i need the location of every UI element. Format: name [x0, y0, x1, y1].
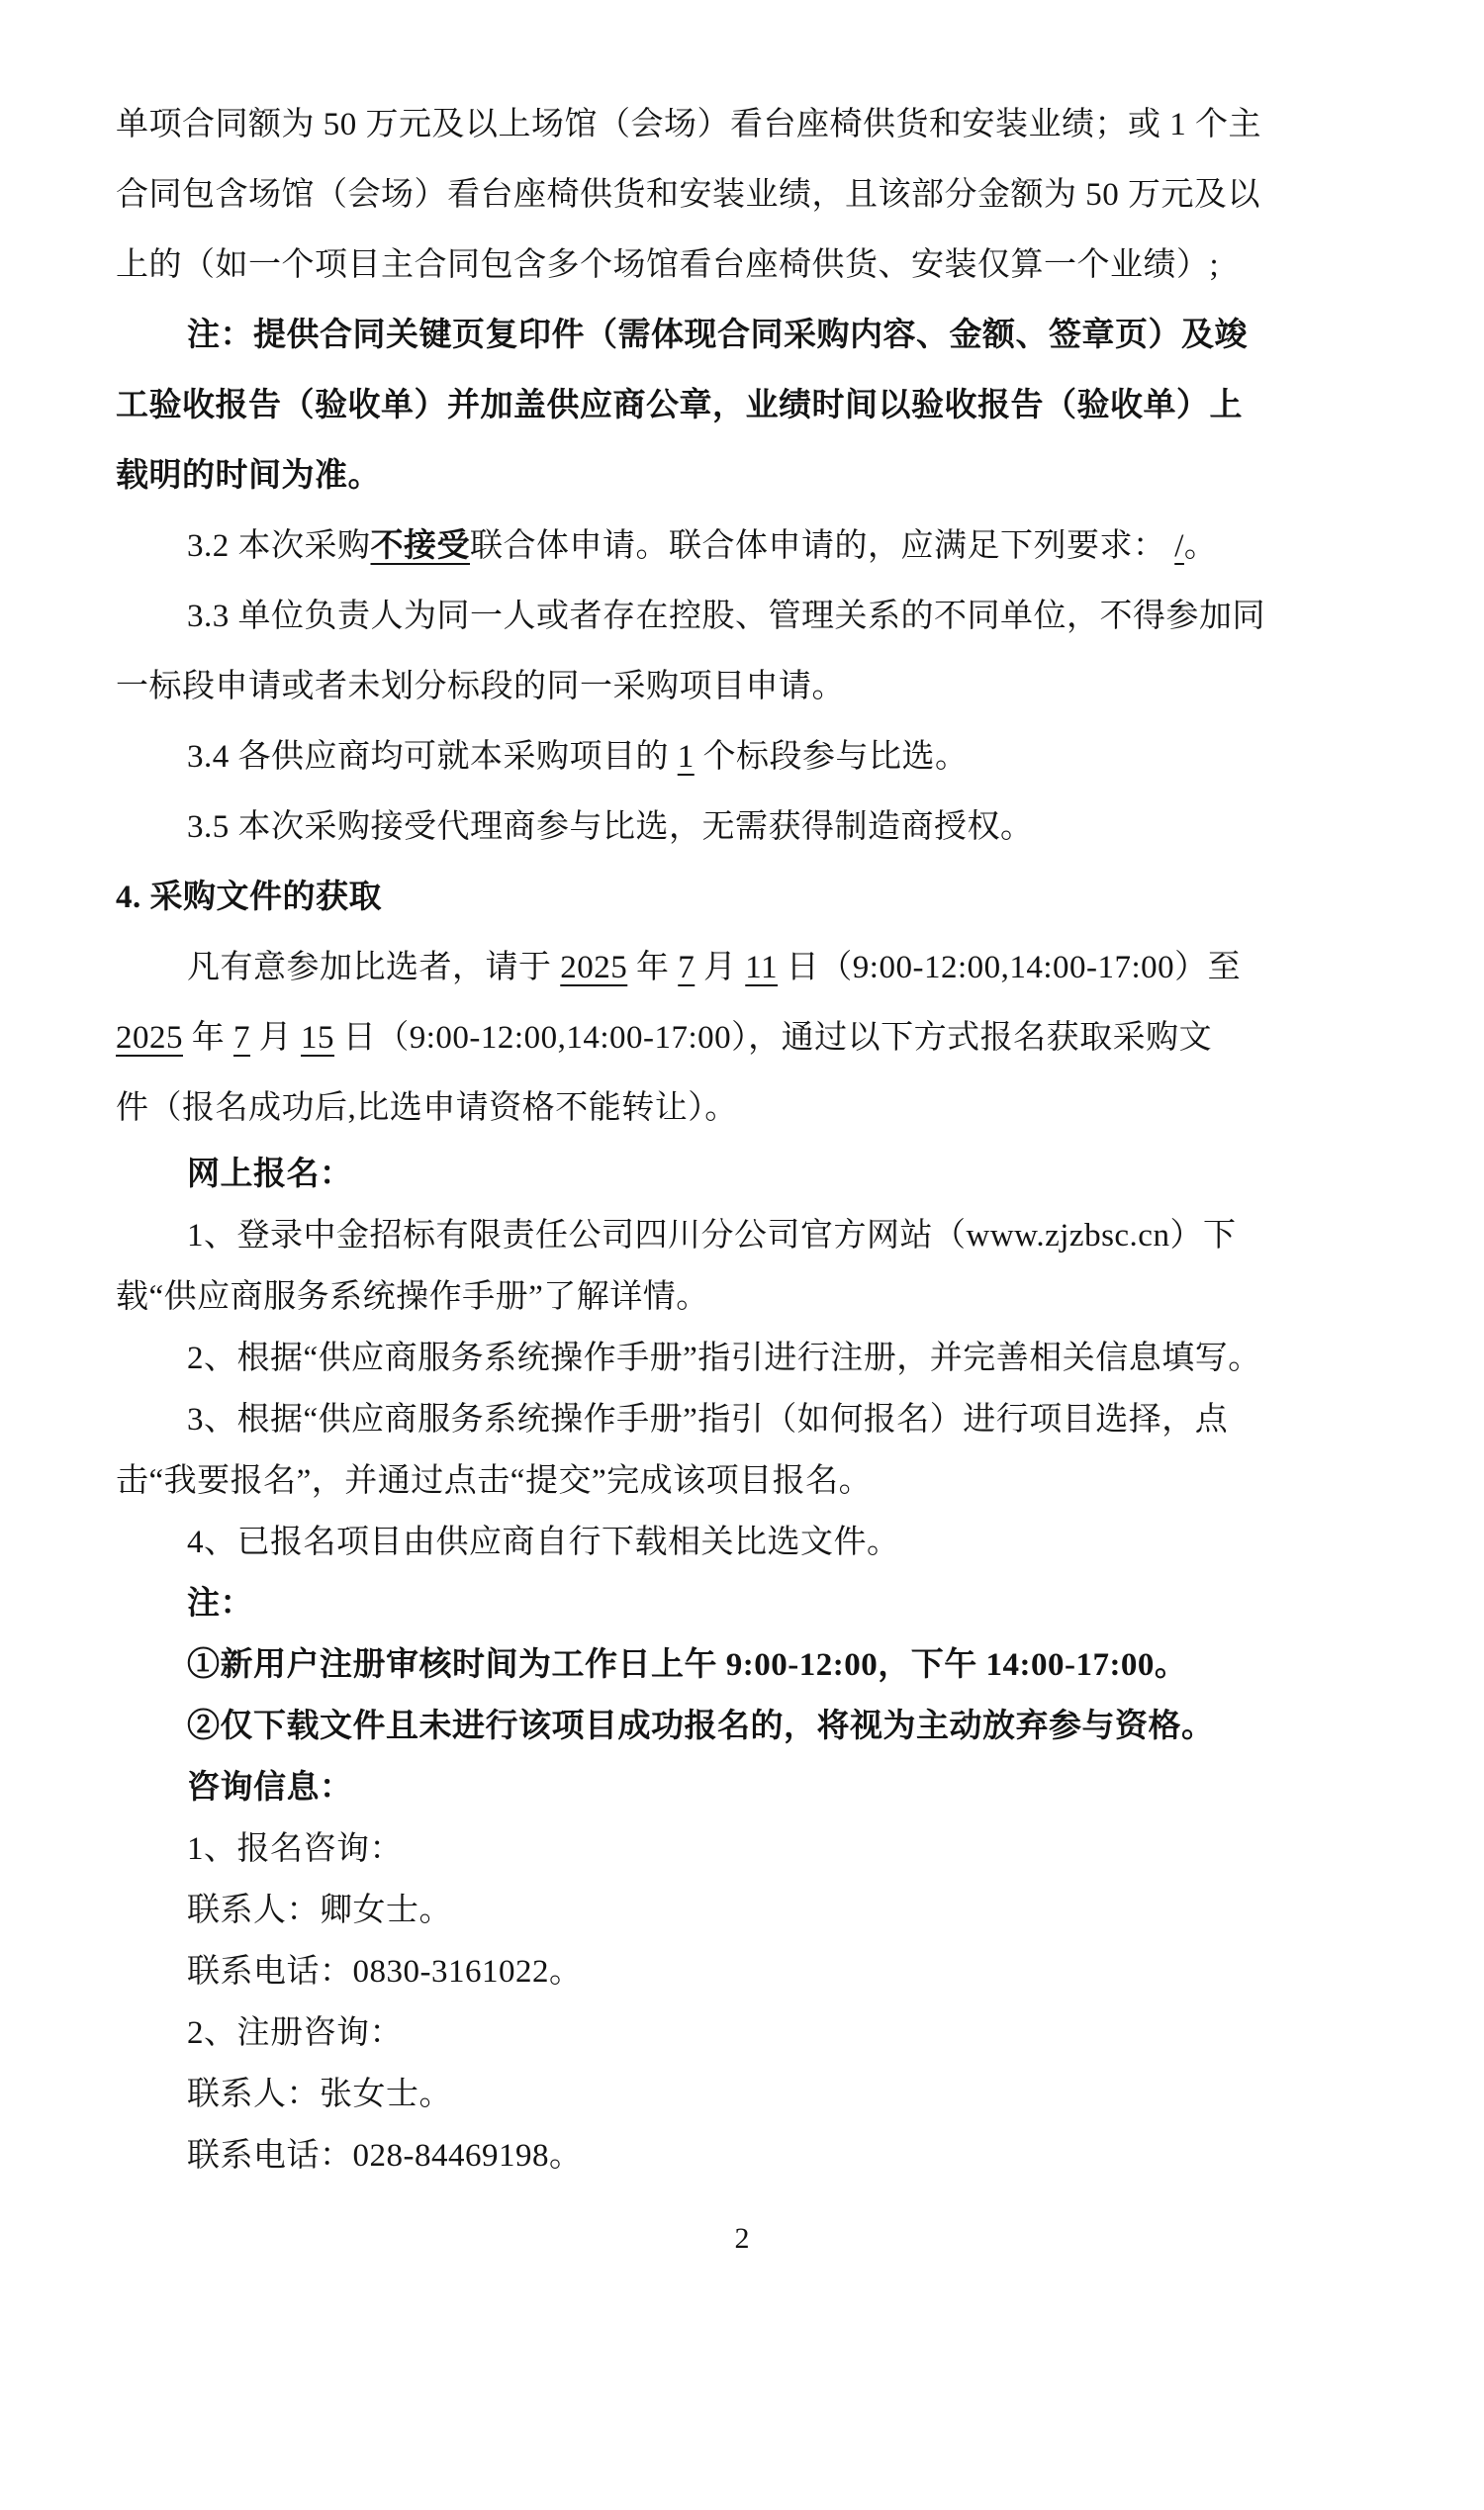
- text-segment: 3.5 本次采购接受代理商参与比选，无需获得制造商授权。: [187, 809, 1034, 845]
- text-segment: 单项合同额为 50 万元及以上场馆（会场）看台座椅供货和安装业绩；或 1 个主: [116, 107, 1261, 142]
- text-segment: 件（报名成功后,比选申请资格不能转让）。: [116, 1090, 738, 1126]
- page-number: 2: [735, 2222, 750, 2255]
- text-line: 网上报名：: [116, 1144, 1449, 1205]
- text-line: 咨询信息：: [116, 1757, 1449, 1818]
- text-line: 2、根据“供应商服务系统操作手册”指引进行注册，并完善相关信息填写。: [116, 1328, 1449, 1389]
- text-line: 注：提供合同关键页复印件（需体现合同采购内容、金额、签章页）及竣: [116, 301, 1449, 371]
- text-segment: 月: [250, 1020, 301, 1056]
- text-segment: 年: [627, 950, 678, 985]
- text-line: 4、已报名项目由供应商自行下载相关比选文件。: [116, 1512, 1449, 1573]
- text-segment: 上的（如一个项目主合同包含多个场馆看台座椅供货、安装仅算一个业绩）;: [116, 247, 1219, 283]
- text-line: 载“供应商服务系统操作手册”了解详情。: [116, 1266, 1449, 1328]
- document-page: { "page": { "number": "2", "background_c…: [0, 0, 1484, 2510]
- text-segment: 3.2 本次采购: [187, 528, 371, 564]
- text-line: 合同包含场馆（会场）看台座椅供货和安装业绩，且该部分金额为 50 万元及以: [116, 160, 1449, 231]
- text-segment: 日（9:00-12:00,14:00-17:00），通过以下方式报名获取采购文: [334, 1020, 1212, 1056]
- text-line: 联系人：张女士。: [116, 2064, 1449, 2125]
- text-segment: 联系电话：028-84469198。: [187, 2138, 583, 2174]
- text-line: 1、登录中金招标有限责任公司四川分公司官方网站（www.zjzbsc.cn）下: [116, 1205, 1449, 1266]
- text-line: 注：: [116, 1573, 1449, 1634]
- text-line: 一标段申请或者未划分标段的同一采购项目申请。: [116, 652, 1449, 722]
- page-footer: 2: [0, 2214, 1484, 2264]
- text-line: 3.3 单位负责人为同一人或者存在控股、管理关系的不同单位，不得参加同: [116, 582, 1449, 652]
- text-segment: 11: [745, 950, 778, 985]
- text-line: 击“我要报名”，并通过点击“提交”完成该项目报名。: [116, 1450, 1449, 1512]
- text-line: 联系人：卿女士。: [116, 1880, 1449, 1941]
- text-line: 联系电话：0830-3161022。: [116, 1941, 1449, 2002]
- text-segment: 一标段申请或者未划分标段的同一采购项目申请。: [116, 669, 845, 704]
- text-segment: 注：提供合同关键页复印件（需体现合同采购内容、金额、签章页）及竣: [187, 318, 1248, 353]
- text-line: ②仅下载文件且未进行该项目成功报名的，将视为主动放弃参与资格。: [116, 1696, 1449, 1757]
- text-segment: 4. 采购文件的获取: [116, 880, 382, 915]
- text-line: 联系电话：028-84469198。: [116, 2125, 1449, 2186]
- text-line: 2025 年 7 月 15 日（9:00-12:00,14:00-17:00），…: [116, 1003, 1449, 1073]
- text-segment: 日（9:00-12:00,14:00-17:00）至: [778, 950, 1241, 985]
- text-segment: 个标段参与比选。: [695, 739, 969, 775]
- text-segment: 网上报名：: [187, 1157, 353, 1192]
- text-line: 载明的时间为准。: [116, 441, 1449, 511]
- text-line: 工验收报告（验收单）并加盖供应商公章，业绩时间以验收报告（验收单）上: [116, 371, 1449, 441]
- text-segment: 联系人：张女士。: [187, 2077, 452, 2112]
- text-segment: 15: [301, 1020, 334, 1056]
- text-segment: /: [1174, 528, 1184, 564]
- text-line: 4. 采购文件的获取: [116, 863, 1449, 933]
- text-segment: 不接受: [371, 528, 471, 564]
- document-body: 单项合同额为 50 万元及以上场馆（会场）看台座椅供货和安装业绩；或 1 个主合…: [0, 0, 1484, 2186]
- text-segment: 3.3 单位负责人为同一人或者存在控股、管理关系的不同单位，不得参加同: [187, 599, 1265, 634]
- text-segment: 7: [678, 950, 695, 985]
- text-line: 3.2 本次采购不接受联合体申请。联合体申请的，应满足下列要求： /。: [116, 511, 1449, 582]
- text-segment: 凡有意参加比选者，请于: [187, 950, 560, 985]
- text-segment: 2、注册咨询：: [187, 2015, 403, 2051]
- text-segment: 联系人：卿女士。: [187, 1893, 452, 1928]
- text-segment: 注：: [187, 1586, 253, 1622]
- text-segment: ②仅下载文件且未进行该项目成功报名的，将视为主动放弃参与资格。: [187, 1709, 1215, 1744]
- text-line: 3.4 各供应商均可就本采购项目的 1 个标段参与比选。: [116, 722, 1449, 792]
- text-segment: 载“供应商服务系统操作手册”了解详情。: [116, 1279, 709, 1315]
- text-segment: 1、登录中金招标有限责任公司四川分公司官方网站（www.zjzbsc.cn）下: [187, 1218, 1236, 1254]
- text-line: 3.5 本次采购接受代理商参与比选，无需获得制造商授权。: [116, 792, 1449, 863]
- text-segment: 1: [678, 739, 695, 775]
- text-line: 2、注册咨询：: [116, 2002, 1449, 2064]
- text-segment: 3、根据“供应商服务系统操作手册”指引（如何报名）进行项目选择，点: [187, 1402, 1228, 1438]
- text-segment: 咨询信息：: [187, 1770, 353, 1806]
- text-segment: 联系电话：0830-3161022。: [187, 1954, 583, 1990]
- text-segment: 。: [1184, 528, 1218, 564]
- text-segment: 1、报名咨询：: [187, 1831, 403, 1867]
- text-segment: 3.4 各供应商均可就本采购项目的: [187, 739, 678, 775]
- text-line: 1、报名咨询：: [116, 1818, 1449, 1880]
- text-segment: ①新用户注册审核时间为工作日上午 9:00-12:00，下午 14:00-17:…: [187, 1647, 1187, 1683]
- text-line: 件（报名成功后,比选申请资格不能转让）。: [116, 1073, 1449, 1144]
- text-line: 凡有意参加比选者，请于 2025 年 7 月 11 日（9:00-12:00,1…: [116, 933, 1449, 1003]
- text-segment: 工验收报告（验收单）并加盖供应商公章，业绩时间以验收报告（验收单）上: [116, 388, 1243, 423]
- text-segment: 击“我要报名”，并通过点击“提交”完成该项目报名。: [116, 1463, 872, 1499]
- text-segment: 年: [183, 1020, 233, 1056]
- text-segment: 月: [695, 950, 745, 985]
- text-segment: 7: [233, 1020, 250, 1056]
- text-segment: 2025: [560, 950, 627, 985]
- text-line: 单项合同额为 50 万元及以上场馆（会场）看台座椅供货和安装业绩；或 1 个主: [116, 90, 1449, 160]
- text-segment: 4、已报名项目由供应商自行下载相关比选文件。: [187, 1525, 900, 1560]
- text-line: 3、根据“供应商服务系统操作手册”指引（如何报名）进行项目选择，点: [116, 1389, 1449, 1450]
- text-line: ①新用户注册审核时间为工作日上午 9:00-12:00，下午 14:00-17:…: [116, 1634, 1449, 1696]
- text-segment: 2025: [116, 1020, 183, 1056]
- text-line: 上的（如一个项目主合同包含多个场馆看台座椅供货、安装仅算一个业绩）;: [116, 231, 1449, 301]
- text-segment: 2、根据“供应商服务系统操作手册”指引进行注册，并完善相关信息填写。: [187, 1341, 1261, 1376]
- text-segment: 合同包含场馆（会场）看台座椅供货和安装业绩，且该部分金额为 50 万元及以: [116, 177, 1260, 213]
- text-segment: 载明的时间为准。: [116, 458, 381, 494]
- text-segment: 联合体申请。联合体申请的，应满足下列要求：: [470, 528, 1174, 564]
